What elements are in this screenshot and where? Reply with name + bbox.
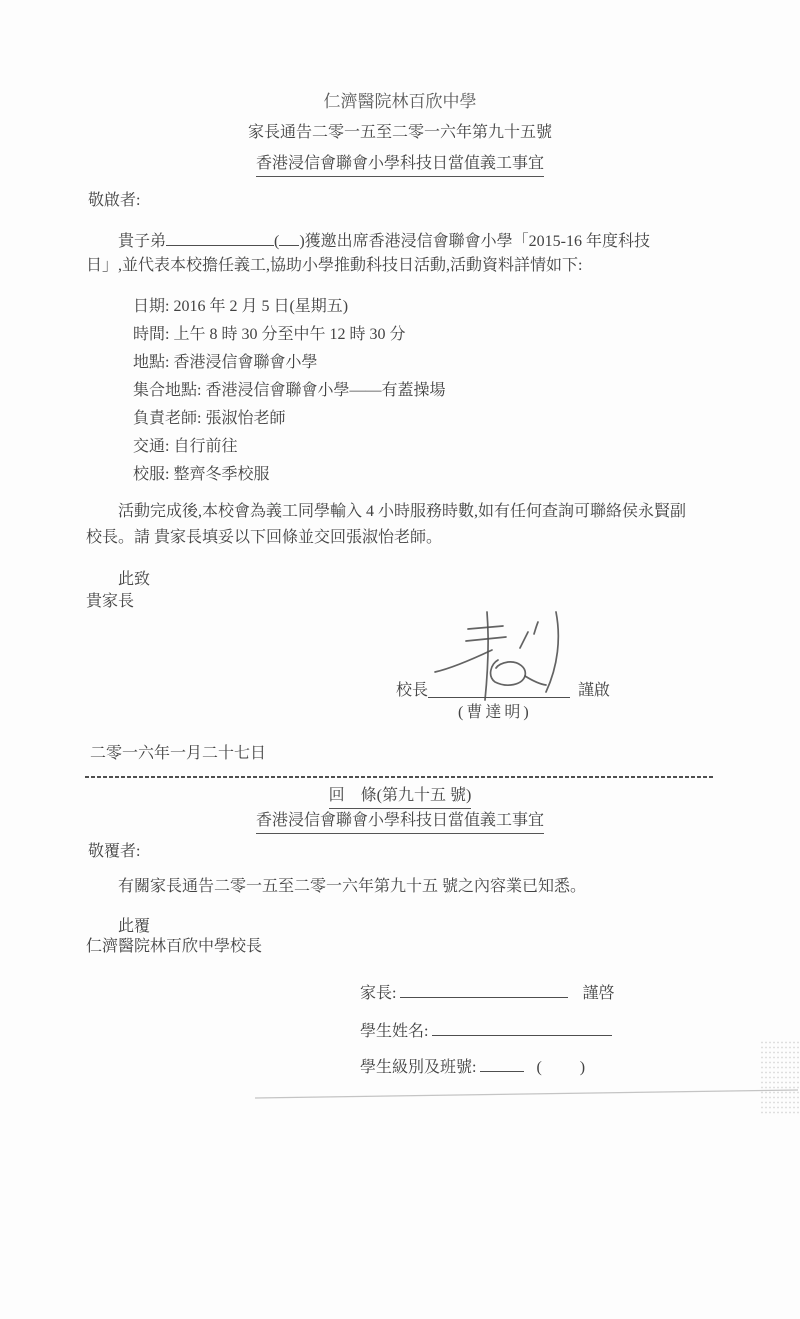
signature-role-label: 校長 (396, 681, 428, 701)
parent-label: 家長: (360, 985, 396, 1002)
salutation: 敬啟者: (88, 191, 140, 211)
detail-assembly-point: 集合地點: 香港浸信會聯會小學——有蓋操場 (133, 377, 445, 405)
scanned-notice-page: 仁濟醫院林百欣中學 家長通告二零一五至二零一六年第九十五號 香港浸信會聯會小學科… (0, 0, 800, 1319)
form-row-parent: 家長: 謹啓 (360, 982, 614, 1004)
reply-salutation: 敬覆者: (88, 842, 140, 862)
reply-slip-cut-line (85, 776, 715, 778)
reply-addressee: 仁濟醫院林百欣中學校長 (86, 937, 262, 957)
notice-subject: 香港浸信會聯會小學科技日當值義工事宜 (256, 154, 544, 177)
scan-noise-speckle (760, 1040, 800, 1116)
reply-acknowledgement: 有關家長通告二零一五至二零一六年第九十五 號之內容業已知悉。 (118, 877, 586, 897)
parent-sign-off: 謹啓 (582, 985, 614, 1002)
detail-time: 時間: 上午 8 時 30 分至中午 12 時 30 分 (133, 321, 445, 349)
notice-reference: 家長通告二零一五至二零一六年第九十五號 (5, 123, 795, 143)
parent-signature-blank (400, 982, 568, 998)
student-name-blank (166, 230, 274, 246)
notice-subject-line: 香港浸信會聯會小學科技日當值義工事宜 (5, 154, 795, 177)
detail-uniform: 校服: 整齊冬季校服 (133, 461, 445, 489)
class-field-blank (480, 1056, 524, 1072)
class-no-label: 學生級別及班號: (360, 1059, 476, 1076)
intro-line-1: 貴子弟()獲邀出席香港浸信會聯會小學「2015-16 年度科技 (118, 230, 650, 252)
intro-student-prefix: 貴子弟 (118, 233, 166, 250)
class-paren-open: ( (536, 1059, 541, 1076)
reply-subject: 香港浸信會聯會小學科技日當值義工事宜 (256, 811, 544, 834)
detail-venue: 地點: 香港浸信會聯會小學 (133, 349, 445, 377)
student-name-label: 學生姓名: (360, 1023, 428, 1040)
student-name-field-blank (432, 1020, 612, 1036)
school-name: 仁濟醫院林百欣中學 (5, 91, 795, 112)
closing-salute: 此致 (118, 570, 150, 590)
issue-date: 二零一六年一月二十七日 (90, 744, 266, 764)
signature-line (428, 697, 570, 698)
reply-title: 回 條(第九十五 號) (329, 786, 472, 809)
reply-title-line: 回 條(第九十五 號) (5, 786, 795, 809)
form-row-student-name: 學生姓名: (360, 1020, 612, 1042)
class-paren-close: ) (580, 1059, 585, 1076)
detail-teacher-in-charge: 負責老師: 張淑怡老師 (133, 405, 445, 433)
event-details-list: 日期: 2016 年 2 月 5 日(星期五) 時間: 上午 8 時 30 分至… (133, 293, 445, 489)
form-row-class-number: 學生級別及班號: ( ) (360, 1056, 585, 1078)
intro-line-2: 日」,並代表本校擔任義工,協助小學推動科技日活動,活動資料詳情如下: (86, 256, 582, 276)
service-note-line-1: 活動完成後,本校會為義工同學輸入 4 小時服務時數,如有任何查詢可聯絡侯永賢副 (118, 502, 686, 522)
reply-subject-line: 香港浸信會聯會小學科技日當值義工事宜 (5, 811, 795, 834)
principal-name: (曹達明) (458, 703, 532, 723)
service-note-line-2: 校長。請 貴家長填妥以下回條並交回張淑怡老師。 (86, 528, 442, 548)
reply-closing-salute: 此覆 (118, 917, 150, 937)
class-number-blank (279, 230, 299, 246)
detail-transport: 交通: 自行前往 (133, 433, 445, 461)
intro-line1-text: 獲邀出席香港浸信會聯會小學「2015-16 年度科技 (305, 233, 650, 250)
closing-addressee: 貴家長 (86, 592, 134, 612)
signature-sign-off: 謹啟 (578, 681, 610, 701)
detail-date: 日期: 2016 年 2 月 5 日(星期五) (133, 293, 445, 321)
principal-signature-scribble (415, 598, 585, 706)
